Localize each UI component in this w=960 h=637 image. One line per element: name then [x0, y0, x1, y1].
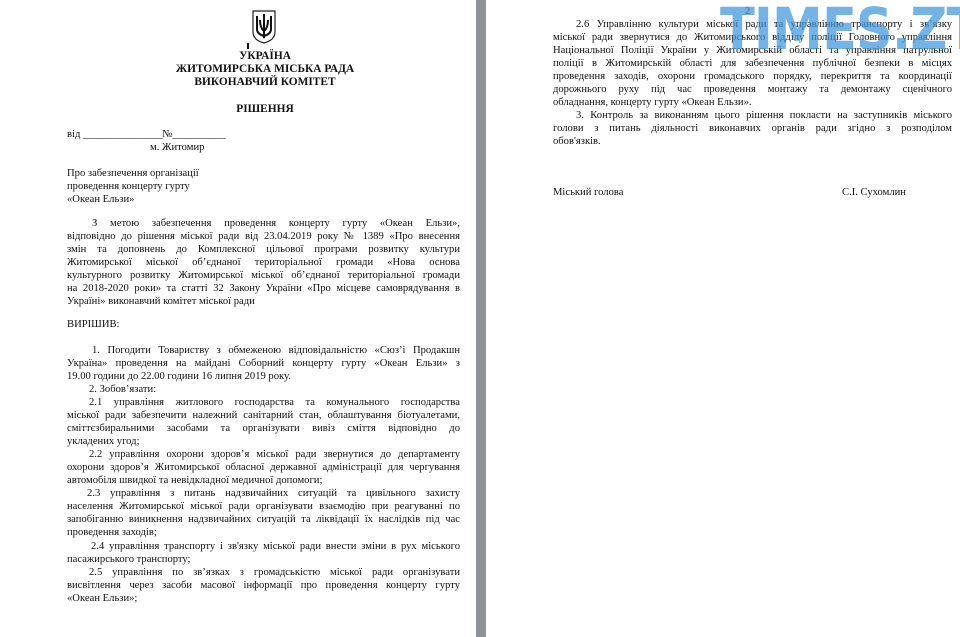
item-2-6-line: поліції в Житомирській області для забез… [553, 58, 952, 71]
header-council: ЖИТОМИРСЬКА МІСЬКА РАДА [0, 63, 476, 76]
item-2-2-line: автомобіля швидкої та невідкладної медич… [67, 475, 322, 488]
subject-line: Про забезпечення організації [67, 168, 199, 181]
item-2-1-line: сміттєзбиральними засобами та організува… [67, 423, 460, 436]
preamble-line: змін та доповнень до Комплексної цільово… [67, 244, 460, 257]
item-3-line: голови з питань діяльності виконавчих ор… [553, 123, 952, 136]
header-committee: ВИКОНАВЧИЙ КОМІТЕТ [0, 76, 476, 89]
item-2-4-line: пасажирського транспорту; [67, 554, 191, 567]
item-2-3-line: проведення заходів; [67, 527, 157, 540]
preamble-line: на 2018-2020 роки» та статті 32 Закону У… [67, 283, 460, 296]
item-1-line: Україна» проведення на майдані Соборний … [67, 358, 460, 371]
item-1-line: 19.00 години до 22.00 години 16 липня 20… [67, 371, 291, 384]
item-2-3-line: населення Житомирської міської ради орга… [67, 501, 460, 514]
item-2-6-line: дорожнього руху під час проведення монта… [553, 84, 952, 97]
decided-label: ВИРІШИВ: [67, 319, 119, 332]
subject-line: проведення концерту гурту [67, 181, 190, 194]
item-2-3-line: 2.3 управління з питань надзвичайних сит… [87, 488, 460, 501]
document-page-2: 2 2.6 Управлінню культури міської ради т… [486, 0, 960, 637]
doc-type-title: РІШЕННЯ [0, 103, 476, 116]
preamble-line: З метою забезпечення проведення концерту… [92, 218, 460, 231]
item-2-3-line: запобіганню виникнення надзвичайних ситу… [67, 514, 460, 527]
signature-name: С.І. Сухомлин [842, 187, 906, 200]
item-2-6-line: обладнання, концерту гурту «Океан Ельзи»… [553, 97, 752, 110]
header-country: УКРАЇНА [0, 50, 476, 63]
preamble-line: відповідно до рішення міської ради від 2… [67, 231, 460, 244]
page-separator [476, 0, 486, 637]
item-2-6-line: проведення заходів, охорони громадського… [553, 71, 952, 84]
date-number-line: від _______________№__________ [67, 129, 226, 142]
signature-title: Міський голова [553, 187, 623, 200]
item-2-1-line: укладених угод; [67, 436, 140, 449]
preamble-line: культурного розвитку Житомирської місько… [67, 270, 460, 283]
item-2-2-line: 2.2 управління охорони здоров’я міської … [89, 449, 460, 462]
item-2-5-line: 2.5 управління по зв’язках з громадськіс… [89, 567, 460, 580]
item-2-4-line: 2.4 управління транспорту і зв'язку місь… [91, 541, 460, 554]
document-page-1: УКРАЇНА ЖИТОМИРСЬКА МІСЬКА РАДА ВИКОНАВЧ… [0, 0, 476, 637]
item-2-5-line: висвітлення через засоби масової інформа… [67, 580, 460, 593]
item-3-line: 3. Контроль за виконанням цього рішення … [576, 110, 952, 123]
preamble-line: Україні» виконавчий комітет міської ради [67, 296, 255, 309]
item-1-line: 1. Погодити Товариству з обмеженою відпо… [92, 345, 460, 358]
city-label: м. Житомир [150, 142, 204, 155]
preamble-line: Житомирської міської об’єднаної територі… [67, 257, 460, 270]
item-3-line: обов'язків. [553, 136, 601, 149]
coat-of-arms-trident-icon [251, 10, 277, 44]
item-2-1-line: 2.1 управління житлового господарства та… [89, 397, 460, 410]
item-2-6-line: Національної Поліції України у Житомирсь… [553, 45, 952, 58]
item-2-2-line: охорони здоров’я Житомирської обласної д… [67, 462, 460, 475]
page-number: 2 [745, 6, 750, 19]
item-2-6-line: 2.6 Управлінню культури міської ради та … [576, 19, 952, 32]
item-2-6-line: міської ради звернутися до Житомирського… [553, 32, 952, 45]
text-cursor [247, 43, 249, 49]
item-2-5-line: «Океан Ельзи»; [67, 593, 137, 606]
item-2-label: 2. Зобов’язати: [89, 384, 156, 397]
item-2-1-line: міської ради забезпечити належний саніта… [67, 410, 460, 423]
subject-line: «Океан Ельзи» [67, 194, 134, 207]
